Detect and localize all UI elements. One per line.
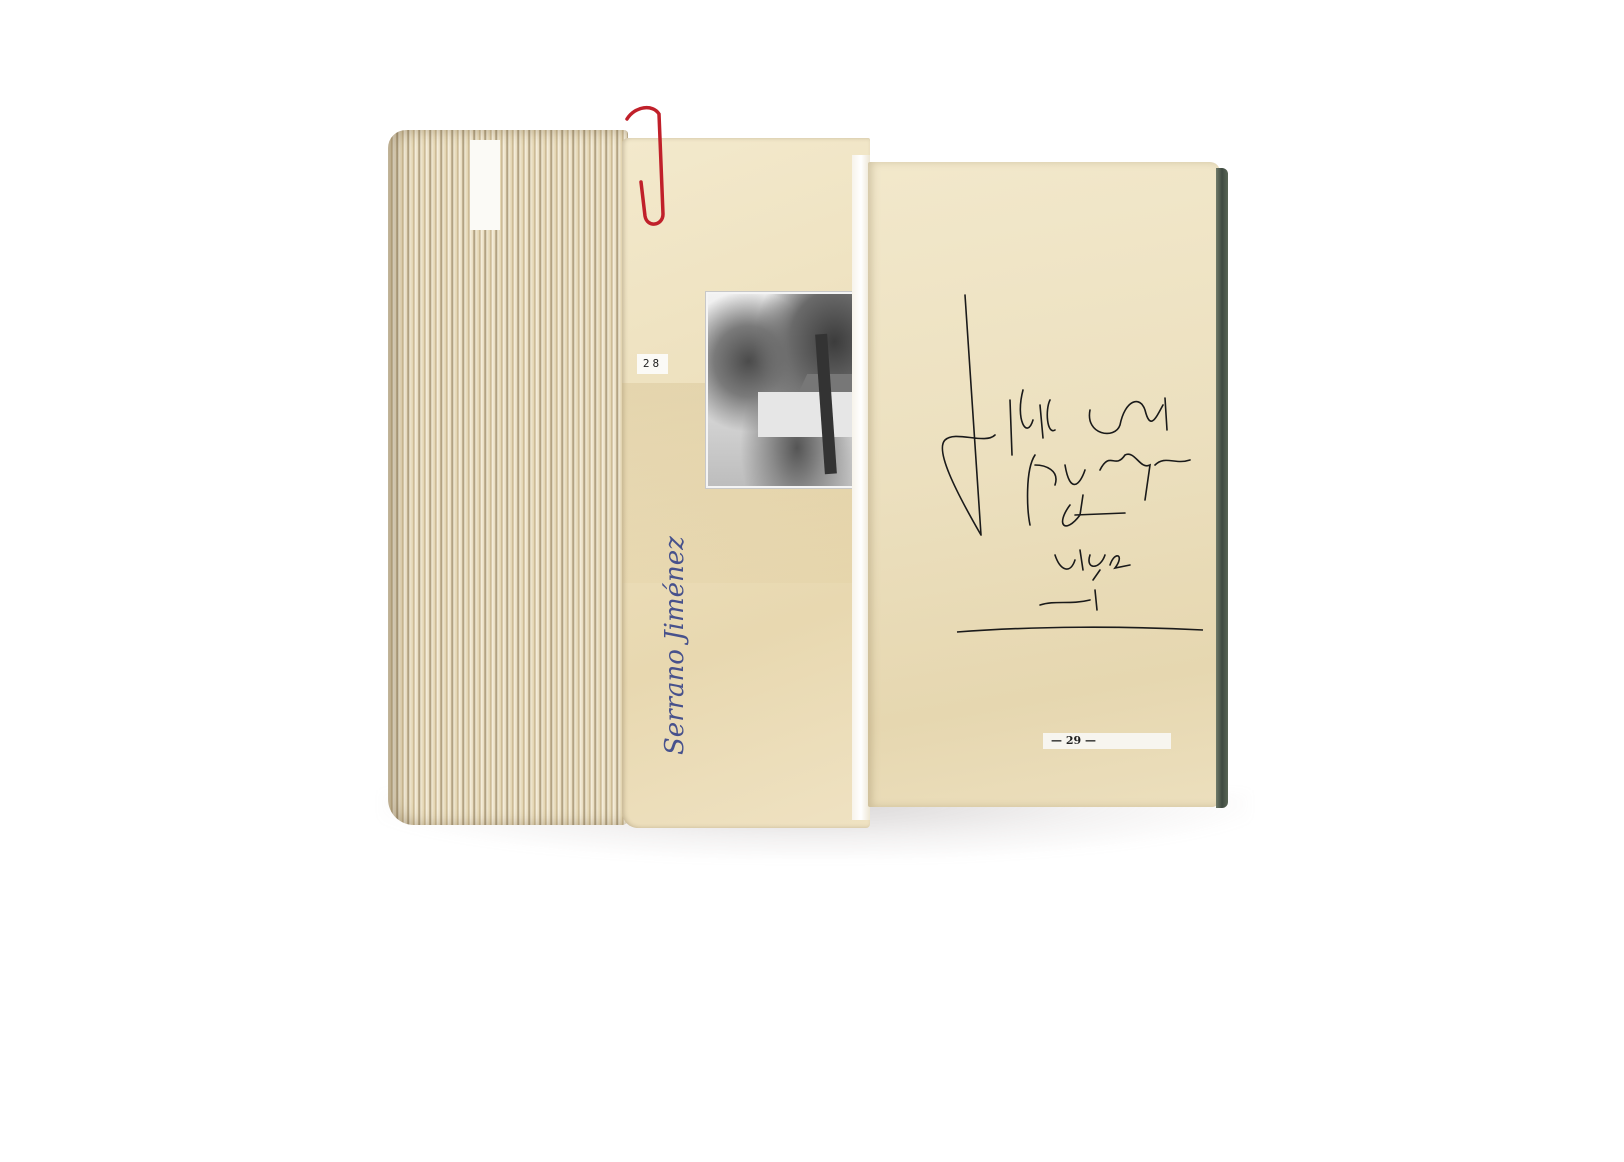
page-number-28-label: 28 — [637, 354, 668, 374]
book-cover-edge — [1216, 168, 1228, 808]
photo-house-wall — [758, 392, 853, 437]
pasted-photograph — [706, 292, 872, 488]
loose-white-sheet — [470, 140, 500, 230]
handwritten-underline — [955, 622, 1205, 638]
page-stack-fore-edge — [388, 130, 628, 825]
paperclip-icon — [625, 104, 675, 229]
blue-ink-signature: Serrano Jiménez — [645, 585, 705, 755]
page-number-29-label: — 29 — — [1043, 733, 1171, 749]
handwritten-poem — [915, 270, 1205, 650]
